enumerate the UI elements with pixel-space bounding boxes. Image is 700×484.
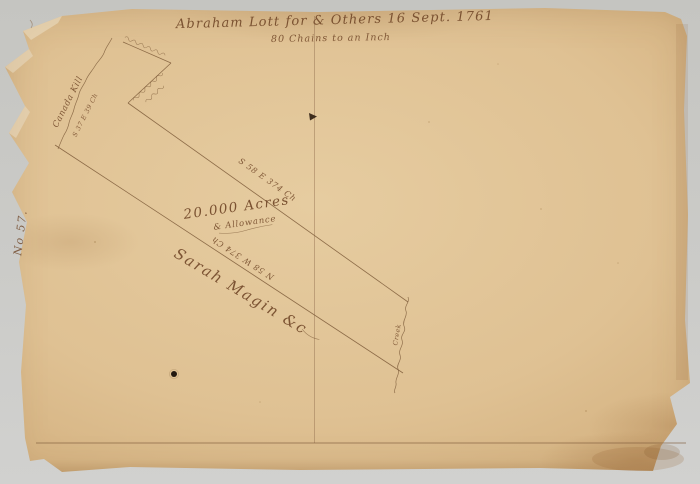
scan-background: Abraham Lott for & Others 16 Sept. 1761 … <box>0 0 700 484</box>
map-sheet <box>0 0 700 484</box>
edge-scratch <box>30 20 32 28</box>
